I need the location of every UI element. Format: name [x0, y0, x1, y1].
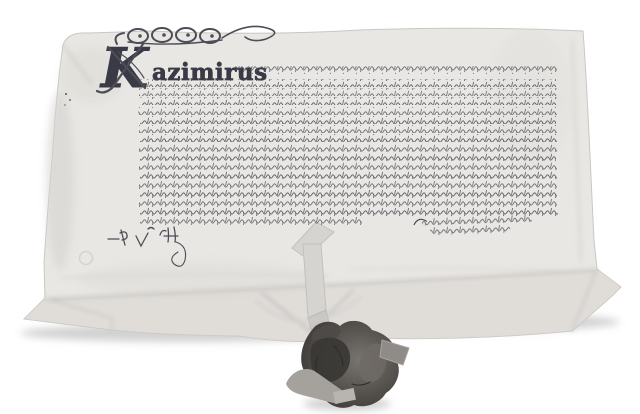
body-text-lines: [138, 66, 558, 225]
script-line: [139, 88, 557, 96]
script-line: [140, 97, 557, 105]
script-line: [140, 190, 557, 198]
script-line: [139, 125, 557, 133]
script-line: [138, 107, 557, 115]
script-line: [235, 66, 557, 74]
script-line: [140, 79, 556, 87]
script-line: [140, 134, 557, 142]
script-line: [139, 199, 557, 207]
script-line: [140, 116, 556, 124]
script-line: [139, 162, 557, 170]
script-line: [140, 217, 362, 225]
script-line: [140, 171, 557, 179]
photo-of-parchment-charter: K azimirus: [0, 0, 640, 414]
charter-photo: K azimirus: [0, 0, 640, 414]
script-line: [140, 153, 556, 161]
script-line: [139, 181, 557, 189]
script-line: [139, 144, 557, 152]
script-line: [140, 208, 558, 216]
